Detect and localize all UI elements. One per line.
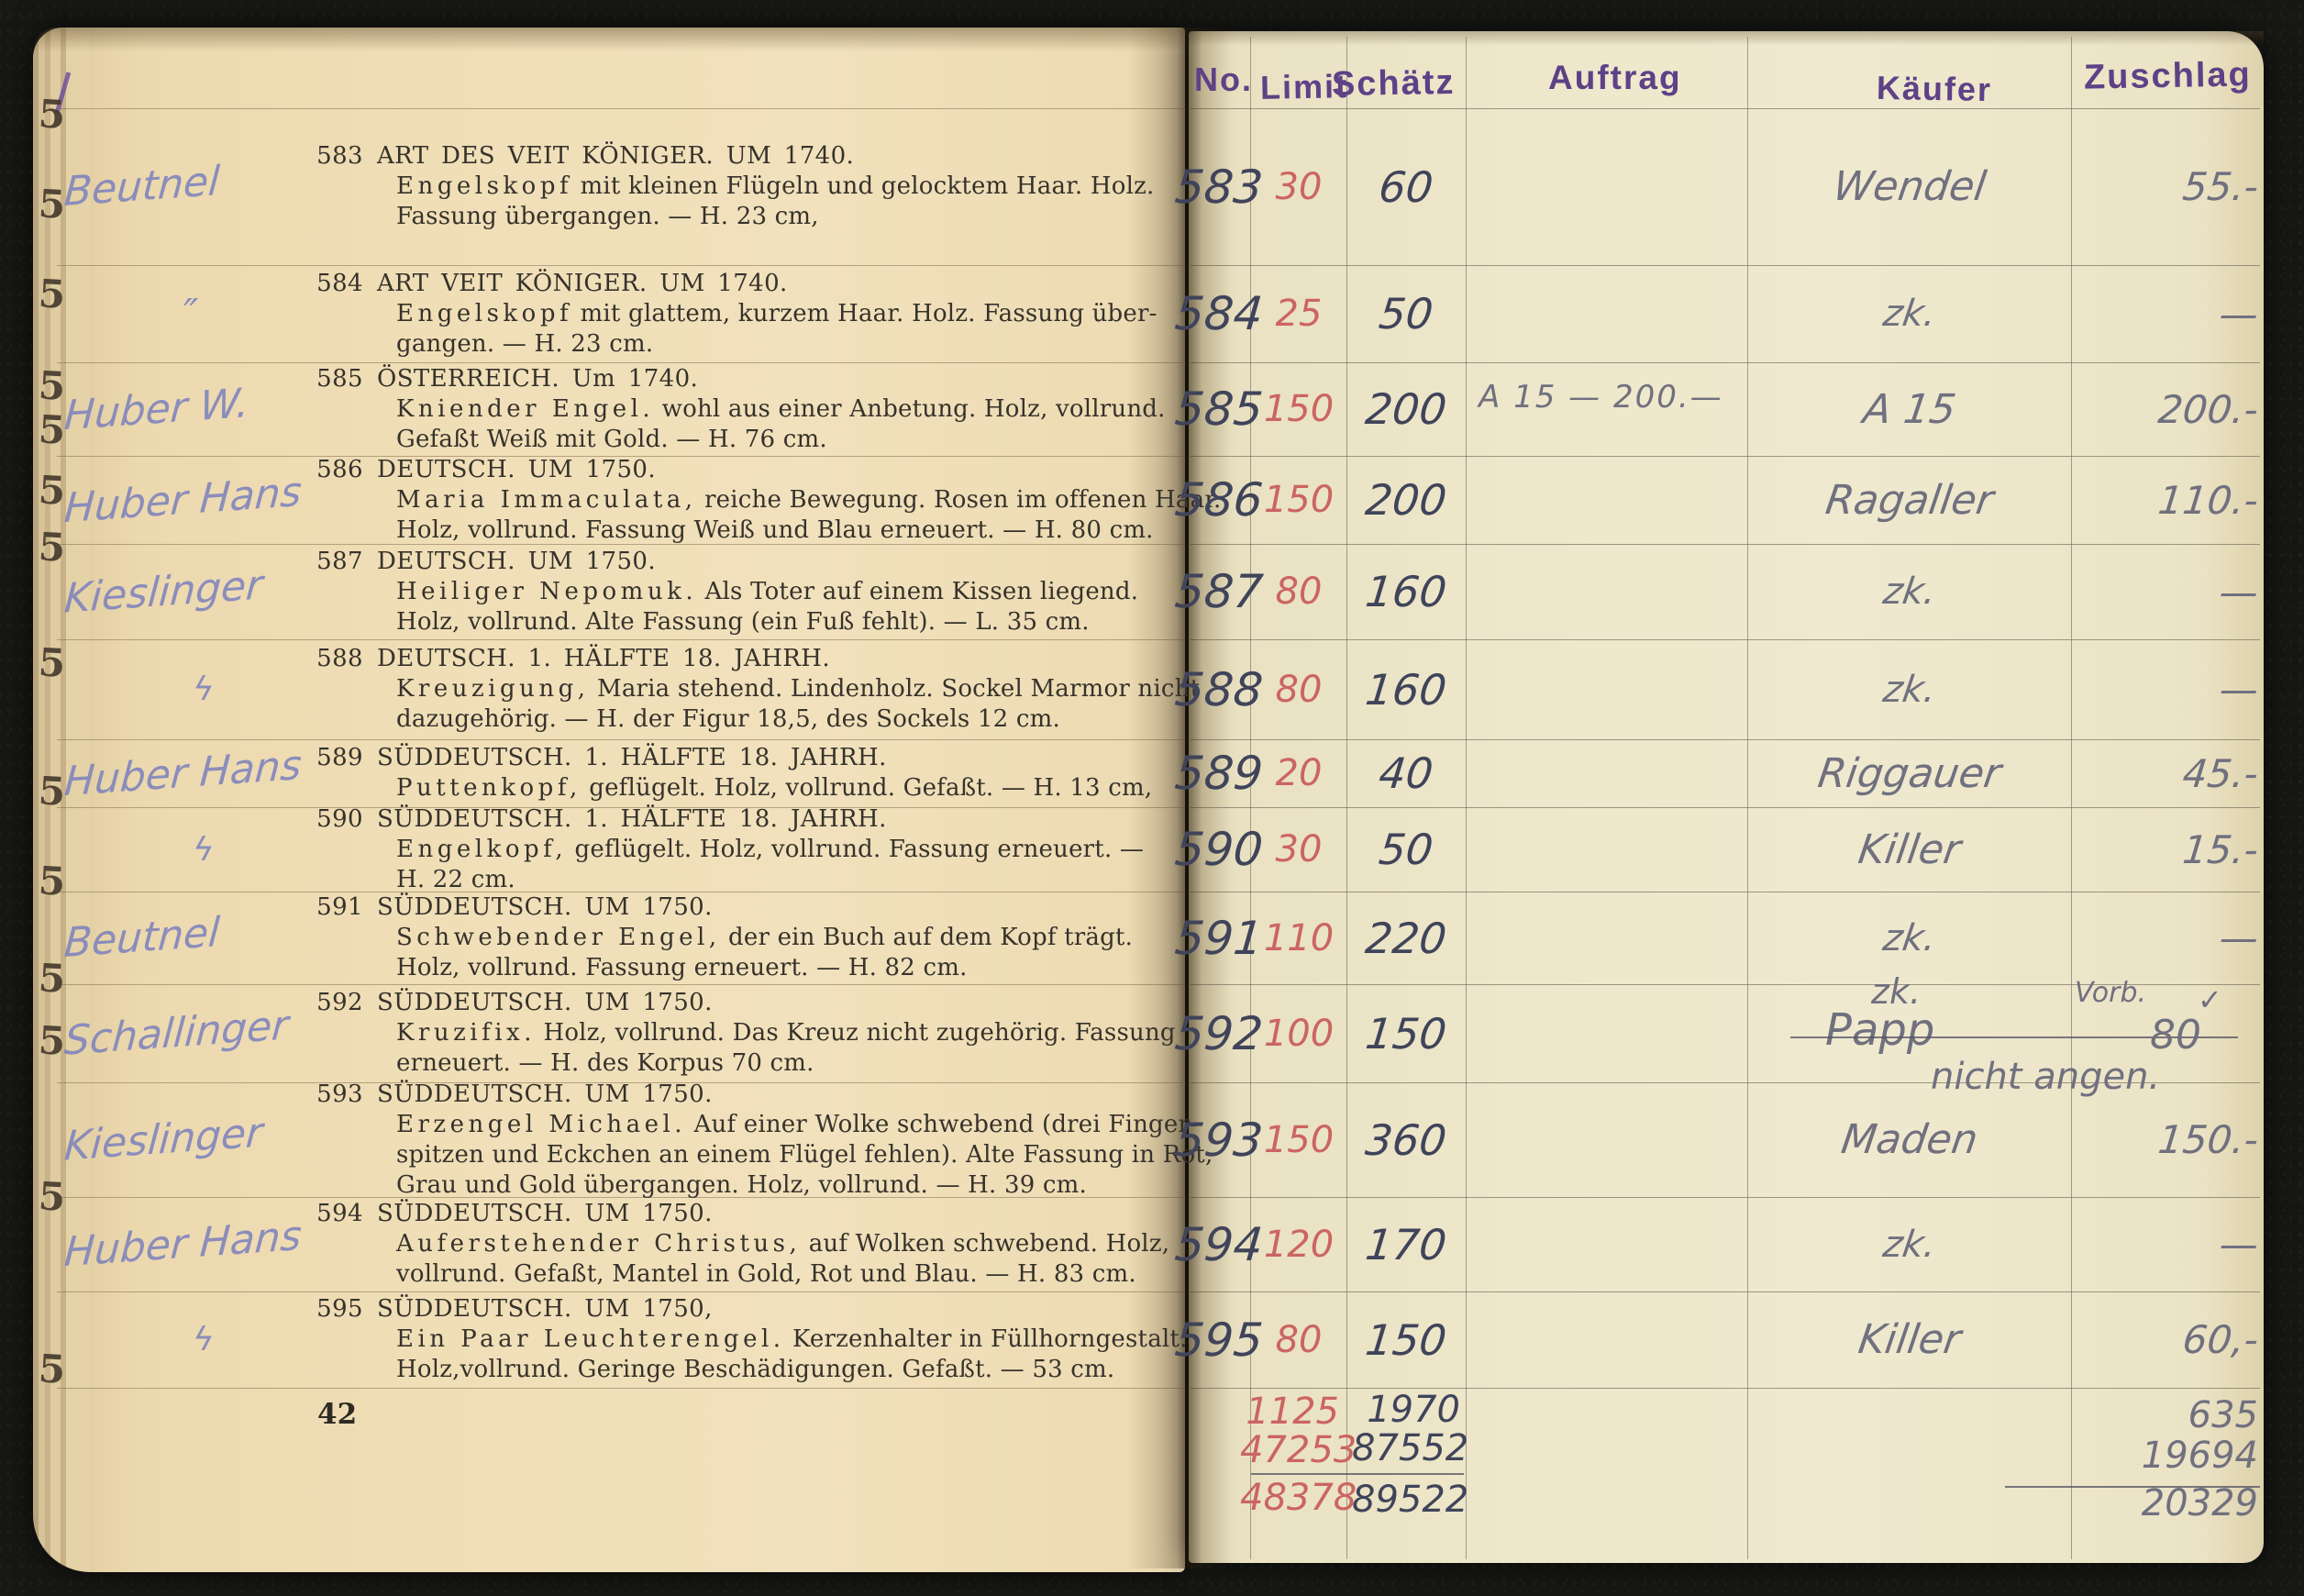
lot-description: Holz, vollrund. Fassung Weiß und Blau er…: [308, 515, 1115, 546]
check-mark: ✓: [2198, 982, 2222, 1017]
ledger-cell-schaetz: 200: [1346, 362, 1468, 456]
lot-description: Holz,vollrund. Geringe Beschädigungen. G…: [308, 1355, 1115, 1385]
lot-description: H. 22 cm.: [308, 865, 1115, 895]
lot-description: Auferstehender Christus, auf Wolken schw…: [308, 1229, 1115, 1259]
margin-annotation: Schallinger: [64, 984, 307, 1082]
catalog-entry: 595SÜDDEUTSCH. UM 1750,Ein Paar Leuchter…: [308, 1291, 1115, 1388]
ledger-cell-limit: 150: [1255, 362, 1343, 456]
lot-description: Kruzifix. Holz, vollrund. Das Kreuz nich…: [308, 1018, 1115, 1048]
margin-annotation: Huber Hans: [64, 739, 307, 807]
ledger-cell-no: 592: [1184, 984, 1253, 1082]
ledger-cell-kaeufer: zk.: [1745, 544, 2075, 639]
ledger-cell-schaetz: 220: [1346, 892, 1468, 984]
lot-description: Ein Paar Leuchterengel. Kerzenhalter in …: [308, 1324, 1115, 1355]
lot-description: Erzengel Michael. Auf einer Wolke schweb…: [308, 1110, 1115, 1140]
ledger-cell-no: 593: [1184, 1082, 1255, 1197]
lot-description: dazugehörig. — H. der Figur 18,5, des So…: [308, 704, 1115, 735]
catalog-entry: 590SÜDDEUTSCH. 1. HÄLFTE 18. JAHRH.Engel…: [308, 807, 1115, 892]
ledger-cell-limit: 25: [1255, 265, 1343, 362]
ledger-cell-zuschlag: 15.-: [2070, 807, 2276, 892]
page-edge-digit: 5: [38, 271, 67, 316]
ledger-cell-limit: 150: [1255, 456, 1343, 544]
lot-description: Puttenkopf, geflügelt. Holz, vollrund. G…: [308, 773, 1115, 804]
margin-annotation-text: Huber W.: [62, 379, 250, 438]
ledger-cell-zuschlag: 110.-: [2070, 456, 2276, 544]
margin-annotation: Huber W.: [64, 362, 307, 456]
ledger-cell-limit: 100: [1255, 984, 1343, 1082]
ledger-cell-schaetz: 170: [1346, 1197, 1468, 1291]
ledger-cell-zuschlag: 200.-: [2070, 362, 2276, 456]
page-edge-digit: 5: [38, 768, 67, 814]
page-edge-digit: 5: [38, 858, 67, 903]
header-zuschlag: Zuschlag: [2084, 55, 2253, 97]
margin-annotation: Beutnel: [64, 108, 307, 265]
ledger-cell-kaeufer: zk.: [1745, 639, 2074, 739]
page-edge-digit: 5: [38, 467, 67, 513]
total-zuschlag: 19694: [2100, 1435, 2258, 1477]
ledger-cell-schaetz: 200: [1346, 456, 1467, 544]
ledger-cell-kaeufer: zk.: [1745, 265, 2075, 362]
margin-annotation: Kieslinger: [64, 544, 307, 639]
ledger-cell-limit: 30: [1255, 807, 1343, 892]
ledger-cell-no: 584: [1184, 265, 1253, 362]
margin-annotation-text: Schallinger: [63, 1002, 291, 1064]
margin-annotation-text: ϟ: [64, 1321, 215, 1358]
ledger-cell-no: 591: [1185, 892, 1254, 984]
margin-annotation-text: Beutnel: [62, 158, 221, 216]
catalog-entry: 588DEUTSCH. 1. HÄLFTE 18. JAHRH.Kreuzigu…: [308, 639, 1115, 739]
ledger-cell-limit: 150: [1255, 1082, 1343, 1197]
ledger-cell-zuschlag: 45.-: [2071, 739, 2275, 807]
ledger-cell-schaetz: 160: [1346, 544, 1468, 639]
catalog-entry: 593SÜDDEUTSCH. UM 1750.Erzengel Michael.…: [308, 1082, 1115, 1197]
catalog-entry: 591SÜDDEUTSCH. UM 1750.Schwebender Engel…: [308, 892, 1115, 984]
lot-number: 590: [308, 804, 363, 835]
ledger-cell-zuschlag: —: [2070, 892, 2276, 984]
margin-annotation: ϟ: [64, 639, 307, 739]
lot-number: 589: [308, 743, 363, 773]
lot-description: Grau und Gold übergangen. Holz, vollrund…: [308, 1170, 1115, 1201]
margin-annotation-text: Kieslinger: [62, 561, 264, 622]
ledger-cell-kaeufer: Maden: [1744, 1082, 2076, 1197]
ledger-cell-limit: 80: [1255, 544, 1343, 639]
total-limit: 47253: [1240, 1429, 1339, 1471]
margin-annotation-text: Kieslinger: [62, 1109, 264, 1169]
ledger-cell-zuschlag: 55.-: [2066, 108, 2279, 265]
catalog-entry: 589SÜDDEUTSCH. 1. HÄLFTE 18. JAHRH.Putte…: [308, 739, 1115, 807]
page-edge-digit: 5: [38, 181, 67, 227]
lot-number: 587: [308, 547, 363, 577]
ledger-cell-no: 585: [1185, 362, 1254, 456]
lot-description: Maria Immaculata, reiche Bewegung. Rosen…: [308, 485, 1115, 515]
ledger-cell-kaeufer: Wendel: [1741, 108, 2078, 265]
header-no: No.: [1194, 61, 1253, 99]
ledger-cell-zuschlag: 150.-: [2068, 1082, 2276, 1197]
lot-description: Engelskopf mit glattem, kurzem Haar. Hol…: [308, 299, 1115, 329]
ledger-cell-kaeufer: Riggauer: [1747, 739, 2072, 807]
page-edge-digit: 5: [38, 1017, 67, 1063]
lot-description: Engelkopf, geflügelt. Holz, vollrund. Fa…: [308, 835, 1115, 865]
page-edge-digit: 5: [38, 362, 67, 408]
lot-title: 591SÜDDEUTSCH. UM 1750.: [308, 892, 1115, 923]
margin-annotation-text: ″: [64, 291, 198, 338]
lot-description: Heiliger Nepomuk. Als Toter auf einem Ki…: [308, 577, 1115, 607]
lot-description: Schwebender Engel, der ein Buch auf dem …: [308, 923, 1115, 953]
ledger-cell-zuschlag-above: Vorb.: [2075, 977, 2146, 1009]
ledger-cell-schaetz: 60: [1342, 108, 1470, 265]
lot-number: 591: [308, 892, 363, 923]
lot-description: Kniender Engel. wohl aus einer Anbetung.…: [308, 394, 1115, 425]
ledger-cell-no: 588: [1184, 639, 1254, 739]
auction-ledger-photo: No. Limit Schätz Auftrag Käufer Zuschlag…: [0, 0, 2304, 1596]
ledger-cell-zuschlag: 80: [2150, 1012, 2201, 1058]
ledger-cell-limit: 20: [1255, 739, 1343, 807]
catalog-entry: 584ART VEIT KÖNIGER. UM 1740.Engelskopf …: [308, 265, 1115, 362]
total-zuschlag: 20329: [2100, 1482, 2258, 1524]
header-auftrag: Auftrag: [1548, 59, 1682, 97]
lot-number: 593: [308, 1080, 363, 1110]
lot-description: Gefaßt Weiß mit Gold. — H. 76 cm.: [308, 425, 1115, 455]
page-number: 42: [317, 1398, 357, 1431]
margin-annotation: Huber Hans: [64, 1197, 307, 1291]
ledger-cell-kaeufer: Ragaller: [1745, 456, 2073, 544]
lot-title: 593SÜDDEUTSCH. UM 1750.: [308, 1080, 1115, 1110]
lot-title: 589SÜDDEUTSCH. 1. HÄLFTE 18. JAHRH.: [308, 743, 1115, 773]
lot-description: Fassung übergangen. — H. 23 cm,: [308, 202, 1115, 232]
page-edge-digit: 5: [38, 91, 67, 137]
lot-title: 583ART DES VEIT KÖNIGER. UM 1740.: [308, 141, 1115, 172]
ledger-cell-no: 586: [1185, 456, 1253, 544]
margin-annotation-text: ϟ: [64, 831, 215, 869]
ledger-cell-limit: 80: [1255, 1291, 1343, 1388]
lot-description: vollrund. Gefaßt, Mantel in Gold, Rot un…: [308, 1259, 1115, 1290]
page-edge-digit: 5: [38, 524, 67, 570]
margin-annotation-text: ϟ: [64, 671, 215, 708]
ledger-cell-no: 590: [1185, 807, 1253, 892]
lot-number: 594: [308, 1199, 363, 1229]
ledger-cell-zuschlag: —: [2070, 1197, 2276, 1291]
lot-title: 590SÜDDEUTSCH. 1. HÄLFTE 18. JAHRH.: [308, 804, 1115, 835]
lot-title: 586DEUTSCH. UM 1750.: [308, 455, 1115, 485]
ledger-cell-zuschlag: —: [2070, 544, 2276, 639]
margin-annotation: Huber Hans: [64, 456, 307, 544]
ledger-cell-zuschlag: —: [2069, 265, 2276, 362]
lot-title: 584ART VEIT KÖNIGER. UM 1740.: [308, 269, 1115, 299]
ledger-cell-no: 595: [1184, 1291, 1253, 1388]
margin-annotation-text: Huber Hans: [63, 741, 304, 804]
total-limit: 48378: [1240, 1477, 1339, 1519]
margin-annotation: Beutnel: [64, 892, 307, 984]
ledger-cell-kaeufer: Killer: [1746, 807, 2074, 892]
margin-annotation: ϟ: [64, 807, 307, 892]
lot-title: 595SÜDDEUTSCH. UM 1750,: [308, 1294, 1115, 1324]
margin-annotation: ″: [64, 265, 307, 362]
lot-description: Holz, vollrund. Alte Fassung (ein Fuß fe…: [308, 607, 1115, 637]
lot-number: 584: [308, 269, 363, 299]
ledger-cell-kaeufer: A 15: [1745, 362, 2074, 456]
ledger-cell-schaetz: 160: [1345, 639, 1467, 739]
rule-line-right: [1191, 1388, 2260, 1389]
margin-annotation-text: Beutnel: [62, 909, 221, 967]
ledger-cell-zuschlag: —: [2069, 639, 2276, 739]
page-edge-digit: 5: [38, 639, 67, 685]
lot-description: Engelskopf mit kleinen Flügeln und geloc…: [308, 172, 1115, 202]
ledger-cell-limit: 120: [1255, 1197, 1343, 1291]
header-kaeufer: Käufer: [1877, 69, 1993, 109]
lot-number: 588: [308, 644, 363, 674]
page-edge-digit: 5: [38, 955, 67, 1001]
catalog-entry: 583ART DES VEIT KÖNIGER. UM 1740.Engelsk…: [308, 108, 1115, 265]
page-edge-digit: 5: [38, 1346, 67, 1391]
ledger-cell-schaetz: 50: [1345, 265, 1467, 362]
lot-description: spitzen und Eckchen an einem Flügel fehl…: [308, 1140, 1115, 1170]
catalog-entry: 592SÜDDEUTSCH. UM 1750.Kruzifix. Holz, v…: [308, 984, 1115, 1082]
lot-number: 592: [308, 988, 363, 1018]
margin-annotation-text: Huber Hans: [63, 468, 304, 531]
total-schaetz: 89522: [1352, 1479, 1460, 1521]
lot-number: 586: [308, 455, 363, 485]
total-schaetz: 1970: [1352, 1389, 1460, 1431]
ledger-cell-kaeufer: zk.: [1745, 892, 2074, 984]
rule-line-left: [57, 1388, 1183, 1389]
ledger-cell-schaetz: 40: [1346, 739, 1466, 807]
ledger-cell-schaetz: 50: [1346, 807, 1467, 892]
catalog-entry: 587DEUTSCH. UM 1750.Heiliger Nepomuk. Al…: [308, 544, 1115, 639]
ledger-cell-limit: 30: [1255, 108, 1343, 265]
lot-number: 595: [308, 1294, 363, 1324]
lot-description: Kreuzigung, Maria stehend. Lindenholz. S…: [308, 674, 1115, 704]
ledger-cell-no: 587: [1184, 544, 1253, 639]
ledger-cell-zuschlag: 60,-: [2069, 1291, 2276, 1388]
total-limit: 1125: [1240, 1391, 1339, 1433]
lot-number: 585: [308, 364, 363, 394]
lot-description: gangen. — H. 23 cm.: [308, 329, 1115, 360]
catalog-entry: 585ÖSTERREICH. Um 1740.Kniender Engel. w…: [308, 362, 1115, 456]
lot-description: erneuert. — H. des Korpus 70 cm.: [308, 1048, 1115, 1079]
ledger-cell-kaeufer: Papp: [1825, 1004, 1934, 1056]
page-edge-digit: 5: [38, 406, 67, 452]
totals-sum-line: [2005, 1486, 2260, 1488]
lot-title: 587DEUTSCH. UM 1750.: [308, 547, 1115, 577]
ledger-cell-auftrag: A 15 — 200.—: [1479, 379, 1723, 416]
ledger-cell-no: 589: [1186, 739, 1252, 807]
header-schaetz: Schätz: [1332, 63, 1456, 105]
ledger-cell-limit: 110: [1255, 892, 1343, 984]
margin-annotation: ϟ: [64, 1291, 307, 1388]
lot-title: 592SÜDDEUTSCH. UM 1750.: [308, 988, 1115, 1018]
ledger-cell-schaetz: 150: [1345, 984, 1467, 1082]
ledger-cell-no: 594: [1184, 1197, 1253, 1291]
catalog-entry: 586DEUTSCH. UM 1750.Maria Immaculata, re…: [308, 456, 1115, 544]
total-zuschlag: 635: [2100, 1394, 2258, 1436]
lot-title: 588DEUTSCH. 1. HÄLFTE 18. JAHRH.: [308, 644, 1115, 674]
page-edge-digit: 5: [38, 1173, 67, 1219]
totals-sum-line: [1251, 1473, 1464, 1475]
catalog-entry: 594SÜDDEUTSCH. UM 1750.Auferstehender Ch…: [308, 1197, 1115, 1291]
lot-description: Holz, vollrund. Fassung erneuert. — H. 8…: [308, 953, 1115, 983]
margin-annotation: Kieslinger: [64, 1082, 307, 1197]
ledger-cell-kaeufer: Killer: [1745, 1291, 2075, 1388]
ledger-cell-limit: 80: [1255, 639, 1343, 739]
total-schaetz: 87552: [1352, 1427, 1460, 1469]
margin-annotation-text: Huber Hans: [63, 1213, 304, 1276]
ledger-cell-schaetz: 150: [1345, 1291, 1467, 1388]
ledger-cell-schaetz: 360: [1344, 1082, 1468, 1197]
ledger-cell-kaeufer: zk.: [1745, 1197, 2074, 1291]
lot-number: 583: [308, 141, 363, 172]
lot-title: 594SÜDDEUTSCH. UM 1750.: [308, 1199, 1115, 1229]
lot-title: 585ÖSTERREICH. Um 1740.: [308, 364, 1115, 394]
